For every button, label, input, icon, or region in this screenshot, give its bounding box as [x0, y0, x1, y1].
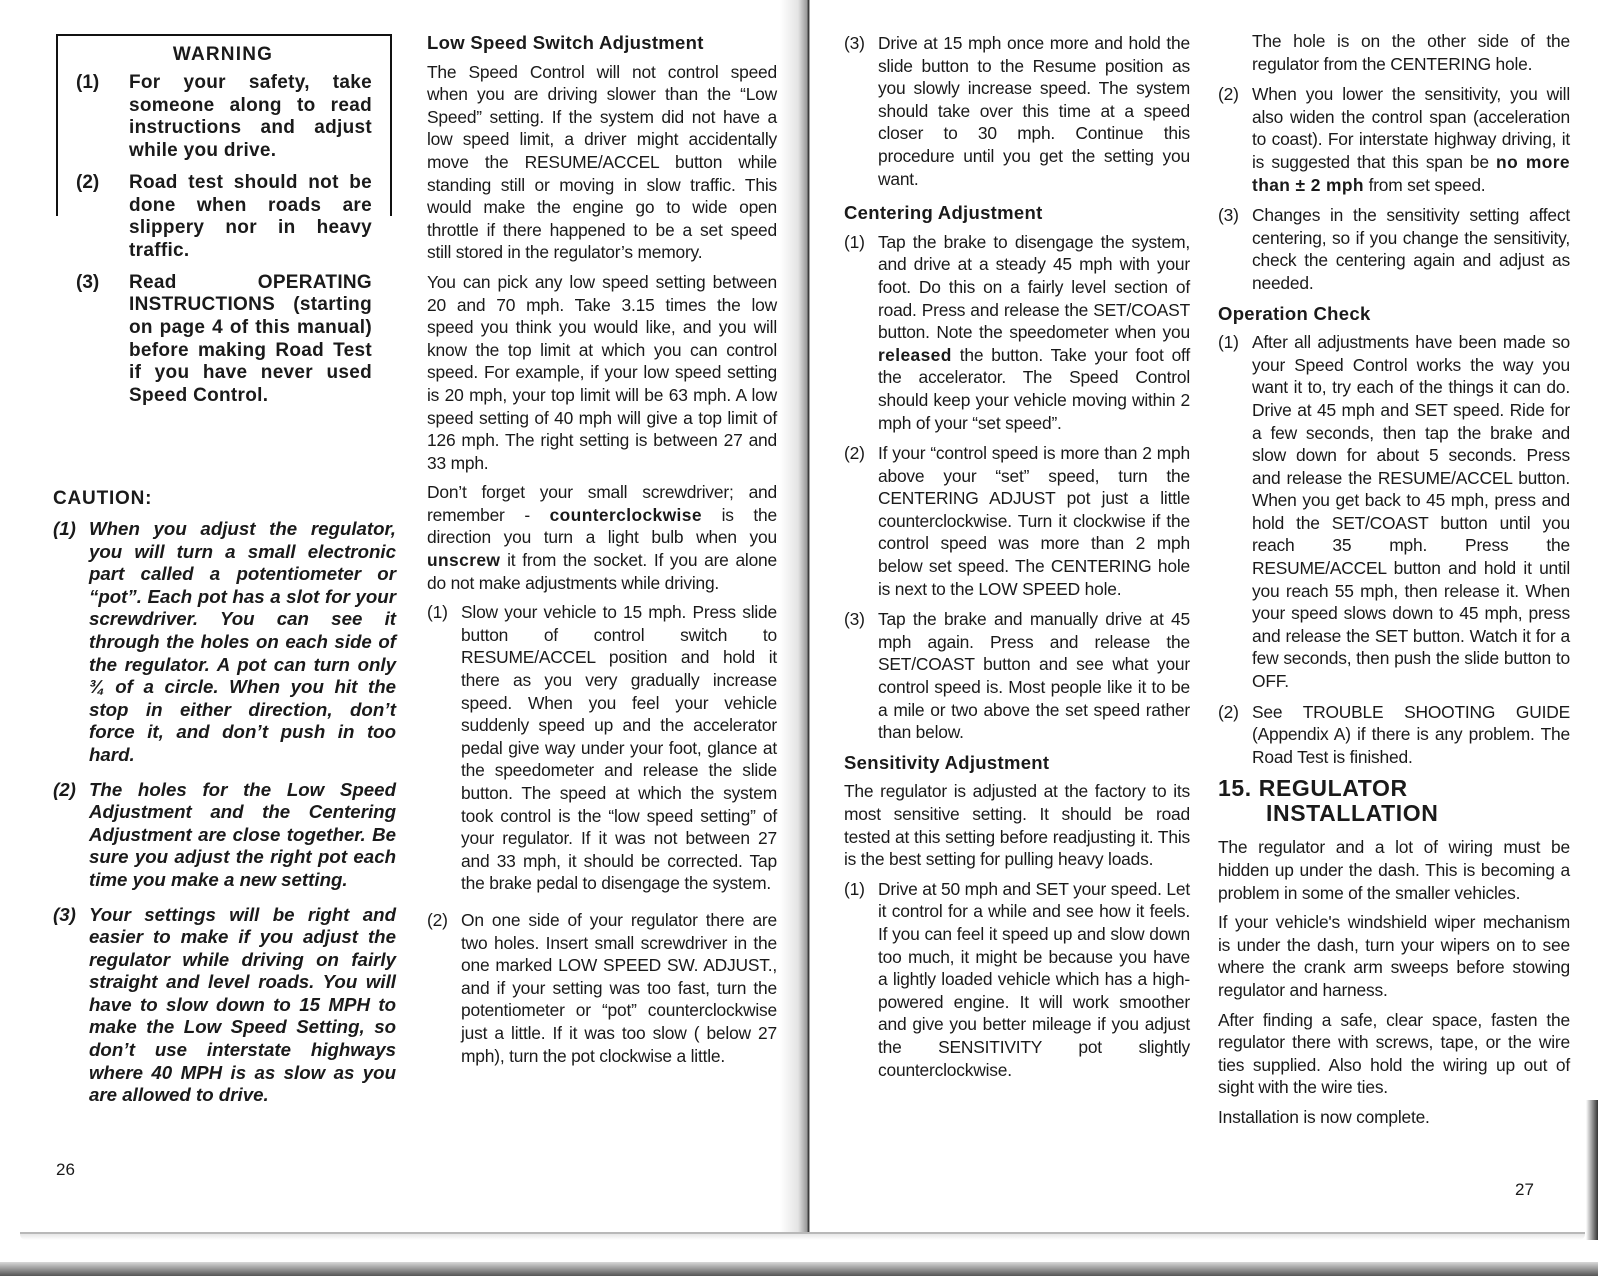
page-bottom-edge	[20, 1232, 1585, 1240]
item-number: (3)	[1218, 204, 1252, 294]
step-item-continuation: The hole is on the other side of the reg…	[1218, 30, 1570, 75]
step-item: (2) On one side of your regulator there …	[427, 909, 777, 1067]
step-item: (3) Tap the brake and manually drive at …	[844, 608, 1190, 744]
item-number: (1)	[76, 72, 129, 163]
paragraph: The Speed Control will not control speed…	[427, 61, 777, 264]
emphasis-text: counterclockwise	[550, 505, 702, 525]
page-number-right: 27	[1515, 1180, 1534, 1200]
item-text: Tap the brake to disengage the system, a…	[878, 231, 1190, 434]
text-run: Tap the brake to disengage the system, a…	[878, 232, 1190, 342]
scanner-bottom-strip	[0, 1262, 1598, 1276]
item-number: (2)	[427, 909, 461, 1067]
item-number: (1)	[53, 518, 89, 767]
warning-item: (3) Read OPERATING INSTRUCTIONS (startin…	[76, 272, 372, 408]
paragraph: After finding a safe, clear space, faste…	[1218, 1009, 1570, 1099]
caution-item: (3) Your settings will be right and easi…	[53, 904, 396, 1107]
item-text: When you adjust the regulator, you will …	[89, 518, 396, 767]
item-number: (1)	[844, 878, 878, 1081]
section-heading: Low Speed Switch Adjustment	[427, 32, 777, 55]
item-text: On one side of your regulator there are …	[461, 909, 777, 1067]
item-text: Road test should not be done when roads …	[129, 172, 372, 263]
item-number: (3)	[844, 32, 878, 190]
item-number: (2)	[76, 172, 129, 263]
item-number: (1)	[844, 231, 878, 434]
item-number: (1)	[427, 601, 461, 895]
step-item: (1) Tap the brake to disengage the syste…	[844, 231, 1190, 434]
item-text: Slow your vehicle to 15 mph. Press slide…	[461, 601, 777, 895]
caution-title: CAUTION:	[53, 488, 152, 510]
section-heading: Centering Adjustment	[844, 202, 1190, 225]
item-text: Changes in the sensitivity setting affec…	[1252, 204, 1570, 294]
item-text: Drive at 50 mph and SET your speed. Let …	[878, 878, 1190, 1081]
item-number: (2)	[1218, 701, 1252, 769]
step-item: (1) After all adjustments have been made…	[1218, 331, 1570, 693]
step-item: (2) When you lower the sensitivity, you …	[1218, 83, 1570, 196]
paragraph: Installation is now complete.	[1218, 1106, 1570, 1129]
item-number: (2)	[53, 779, 89, 892]
item-number: (2)	[844, 442, 878, 600]
caution-item: (1) When you adjust the regulator, you w…	[53, 518, 396, 767]
manual-spread: WARNING (1) For your safety, take someon…	[0, 0, 1598, 1276]
page-right-edge	[1586, 1100, 1598, 1240]
step-item: (1) Slow your vehicle to 15 mph. Press s…	[427, 601, 777, 895]
step-item: (3) Drive at 15 mph once more and hold t…	[844, 32, 1190, 190]
chapter-title-line2: INSTALLATION	[1218, 801, 1570, 826]
item-number: (2)	[1218, 83, 1252, 196]
item-text: After all adjustments have been made so …	[1252, 331, 1570, 693]
item-number: (1)	[1218, 331, 1252, 693]
item-text: The holes for the Low Speed Adjustment a…	[89, 779, 396, 892]
book-spine	[780, 0, 810, 1240]
right-column-2: The hole is on the other side of the reg…	[1218, 30, 1570, 1136]
emphasis-text: unscrew	[427, 550, 500, 570]
warning-list: (1) For your safety, take someone along …	[76, 72, 372, 417]
paragraph-text: You can pick any low speed setting betwe…	[427, 272, 777, 473]
item-number: (3)	[76, 272, 129, 408]
item-text: Tap the brake and manually drive at 45 m…	[878, 608, 1190, 744]
step-item: (2) If your “control speed is more than …	[844, 442, 1190, 600]
caution-item: (2) The holes for the Low Speed Adjustme…	[53, 779, 396, 892]
right-column-1: (3) Drive at 15 mph once more and hold t…	[844, 32, 1190, 1089]
page-number-left: 26	[56, 1160, 75, 1180]
caution-list: (1) When you adjust the regulator, you w…	[53, 518, 396, 1119]
paragraph: The regulator is adjusted at the factory…	[844, 780, 1190, 870]
emphasis-text: released	[878, 345, 952, 365]
item-number: (3)	[844, 608, 878, 744]
paragraph: You can pick any low speed setting betwe…	[427, 271, 777, 474]
warning-item: (1) For your safety, take someone along …	[76, 72, 372, 163]
item-number: (3)	[53, 904, 89, 1107]
item-text: If your “control speed is more than 2 mp…	[878, 442, 1190, 600]
low-speed-section: Low Speed Switch Adjustment The Speed Co…	[427, 32, 777, 1075]
paragraph: If your vehicle's windshield wiper mecha…	[1218, 911, 1570, 1001]
chapter-title-line1: 15. REGULATOR	[1218, 775, 1408, 801]
item-text: The hole is on the other side of the reg…	[1252, 30, 1570, 75]
step-item: (2) See TROUBLE SHOOTING GUIDE (Appendix…	[1218, 701, 1570, 769]
paragraph: The regulator and a lot of wiring must b…	[1218, 836, 1570, 904]
section-heading: Sensitivity Adjustment	[844, 752, 1190, 775]
warning-item: (2) Road test should not be done when ro…	[76, 172, 372, 263]
item-text: Drive at 15 mph once more and hold the s…	[878, 32, 1190, 190]
item-text: Your settings will be right and easier t…	[89, 904, 396, 1107]
item-text: For your safety, take someone along to r…	[129, 72, 372, 163]
paragraph: Don’t forget your small screwdriver; and…	[427, 481, 777, 594]
section-heading: Operation Check	[1218, 303, 1570, 326]
item-text: When you lower the sensitivity, you will…	[1252, 83, 1570, 196]
step-item: (1) Drive at 50 mph and SET your speed. …	[844, 878, 1190, 1081]
warning-title: WARNING	[56, 44, 390, 66]
step-item: (3) Changes in the sensitivity setting a…	[1218, 204, 1570, 294]
item-text: Read OPERATING INSTRUCTIONS (starting on…	[129, 272, 372, 408]
item-text: See TROUBLE SHOOTING GUIDE (Appendix A) …	[1252, 701, 1570, 769]
text-run: from set speed.	[1364, 175, 1486, 195]
chapter-title: 15. REGULATOR INSTALLATION	[1218, 776, 1570, 826]
